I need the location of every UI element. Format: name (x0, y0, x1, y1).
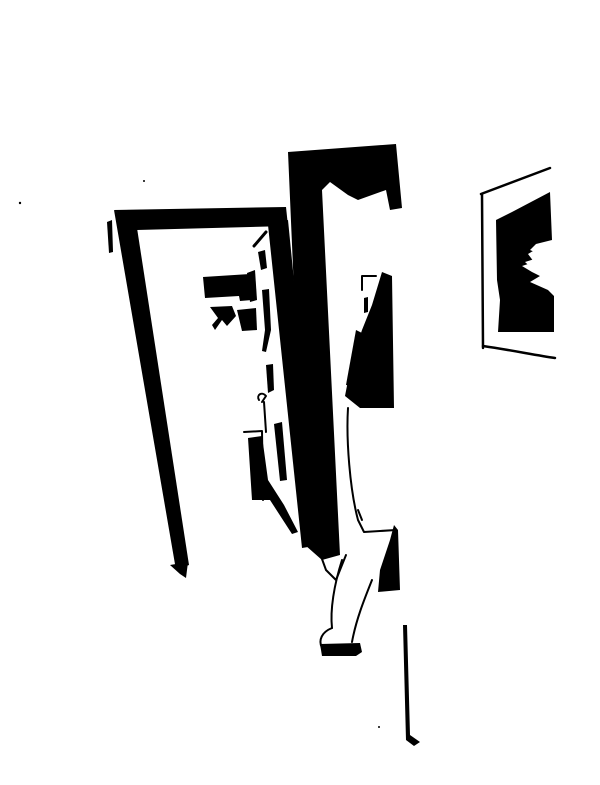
ink-drawing (0, 0, 600, 785)
